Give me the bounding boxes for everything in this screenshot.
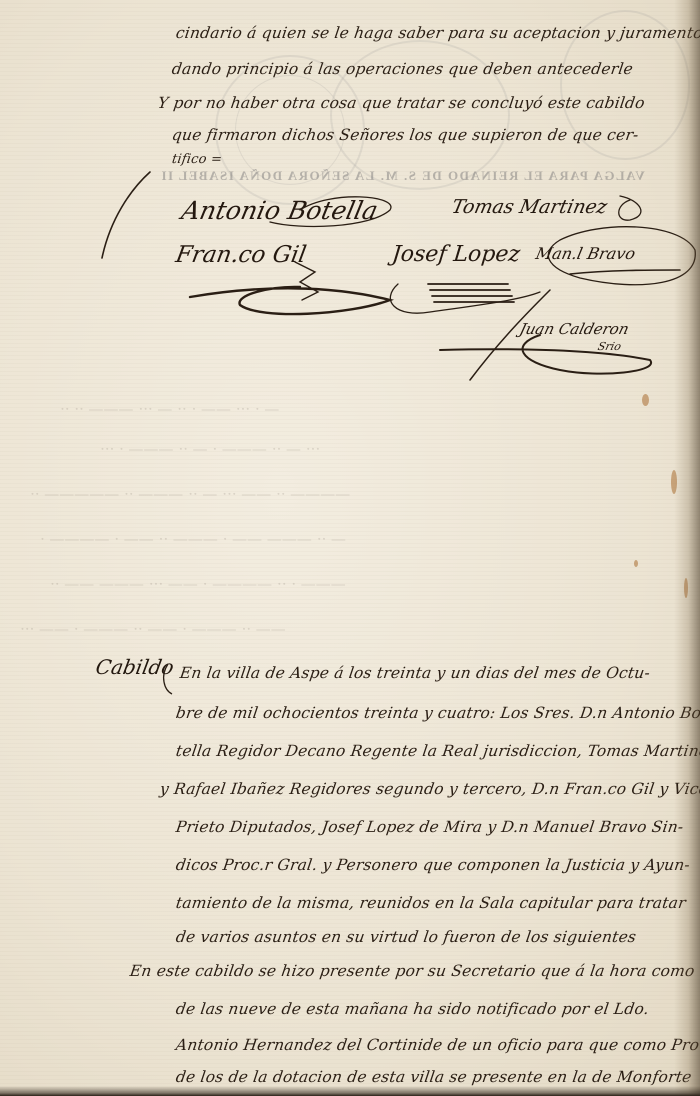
margin-bracket: [0, 0, 700, 1096]
page-bottom-edge: [0, 1086, 700, 1096]
binding-gutter-shadow: [674, 0, 700, 1096]
manuscript-page: VALGA PARA EL REINADO DE S. M. LA SEÑORA…: [0, 0, 700, 1096]
